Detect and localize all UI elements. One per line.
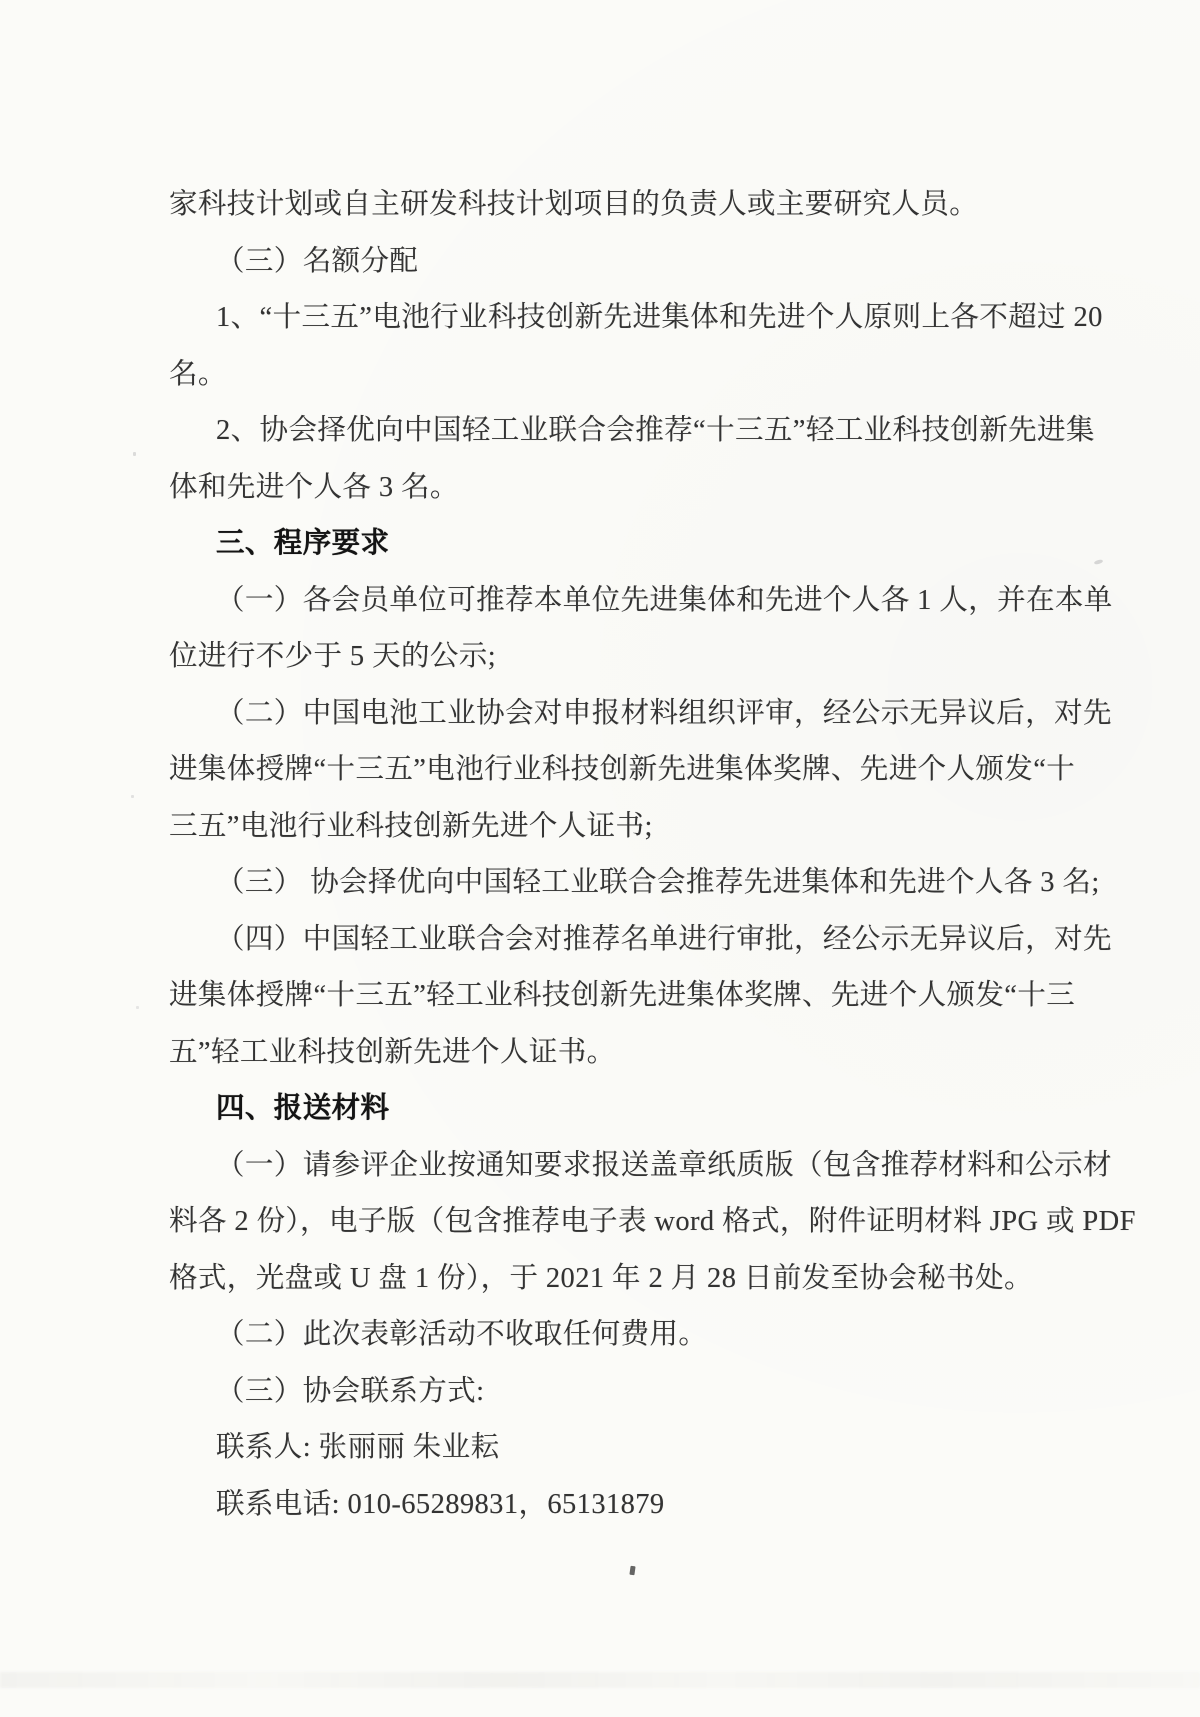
scan-artifact-speck: [136, 1006, 139, 1009]
document-line: （三） 协会择优向中国轻工业联合会推荐先进集体和先进个人各 3 名;: [169, 855, 1029, 912]
scanned-document-page: 家科技计划或自主研发科技计划项目的负责人或主要研究人员。 （三）名额分配 1、“…: [0, 0, 1200, 1717]
document-line: 五”轻工业科技创新先进个人证书。: [169, 1025, 1029, 1082]
contact-phone-line: 联系电话: 010-65289831，65131879: [169, 1477, 1029, 1534]
scan-artifact-speck: [1094, 559, 1104, 565]
scan-artifact-speck: [133, 452, 136, 456]
document-line: 家科技计划或自主研发科技计划项目的负责人或主要研究人员。: [169, 177, 1029, 234]
document-line: 进集体授牌“十三五”轻工业科技创新先进集体奖牌、先进个人颁发“十三: [169, 968, 1029, 1025]
document-line: 位进行不少于 5 天的公示;: [169, 629, 1029, 686]
document-line: （二）中国电池工业协会对申报材料组织评审，经公示无异议后，对先: [169, 686, 1029, 743]
document-line: （一）请参评企业按通知要求报送盖章纸质版（包含推荐材料和公示材: [169, 1138, 1029, 1195]
document-line: 体和先进个人各 3 名。: [169, 460, 1029, 517]
document-line: （三）名额分配: [169, 234, 1029, 291]
scan-artifact-speck: [629, 1566, 635, 1576]
section-heading-materials: 四、报送材料: [169, 1081, 1029, 1138]
document-line: 1、“十三五”电池行业科技创新先进集体和先进个人原则上各不超过 20: [169, 290, 1029, 347]
document-line: 料各 2 份），电子版（包含推荐电子表 word 格式，附件证明材料 JPG 或…: [169, 1194, 1029, 1251]
document-line: （二）此次表彰活动不收取任何费用。: [169, 1307, 1029, 1364]
section-heading-procedure: 三、程序要求: [169, 516, 1029, 573]
document-line: 名。: [169, 347, 1029, 404]
document-line: （三）协会联系方式:: [169, 1364, 1029, 1421]
scan-artifact-band: [0, 1672, 1200, 1688]
contact-person-line: 联系人: 张丽丽 朱业耘: [169, 1420, 1029, 1477]
document-line: 进集体授牌“十三五”电池行业科技创新先进集体奖牌、先进个人颁发“十: [169, 742, 1029, 799]
document-line: 三五”电池行业科技创新先进个人证书;: [169, 799, 1029, 856]
document-line: （一）各会员单位可推荐本单位先进集体和先进个人各 1 人，并在本单: [169, 573, 1029, 630]
scan-artifact-speck: [131, 795, 134, 798]
document-line: 格式，光盘或 U 盘 1 份），于 2021 年 2 月 28 日前发至协会秘书…: [169, 1251, 1029, 1308]
document-line: 2、协会择优向中国轻工业联合会推荐“十三五”轻工业科技创新先进集: [169, 403, 1029, 460]
document-line: （四）中国轻工业联合会对推荐名单进行审批，经公示无异议后，对先: [169, 912, 1029, 969]
document-text-block: 家科技计划或自主研发科技计划项目的负责人或主要研究人员。 （三）名额分配 1、“…: [169, 177, 1029, 1533]
